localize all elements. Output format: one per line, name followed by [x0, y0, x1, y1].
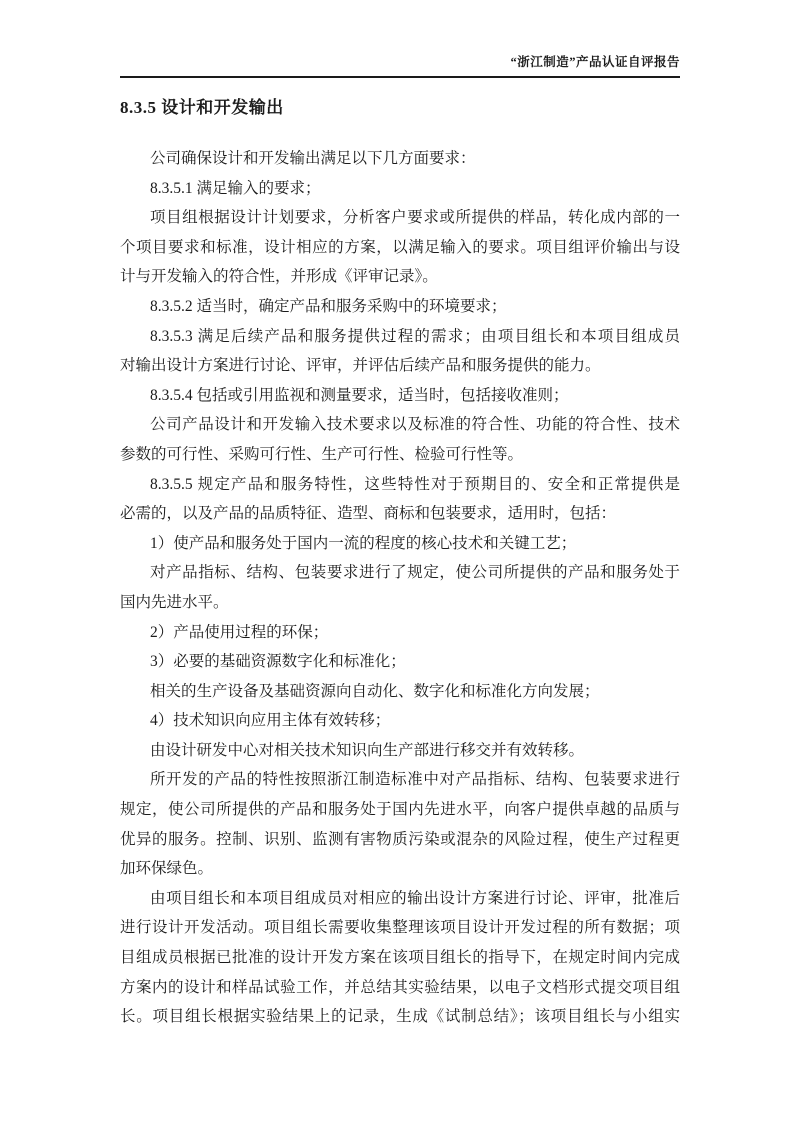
- text-line: 优异的服务。控制、识别、监测有害物质污染或混杂的风险过程，使生产过程更: [120, 825, 680, 855]
- page-header: “浙江制造”产品认证自评报告: [120, 0, 680, 78]
- text-line: 长。项目组长根据实验结果上的记录，生成《试制总结》；该项目组长与小组实: [120, 1002, 680, 1032]
- text-line: 所开发的产品的特性按照浙江制造标准中对产品指标、结构、包装要求进行: [120, 765, 680, 795]
- text-line: 国内先进水平。: [120, 588, 680, 618]
- text-line: 4）技术知识向应用主体有效转移；: [120, 706, 680, 736]
- text-line: 8.3.5.1 满足输入的要求；: [120, 174, 680, 204]
- document-body: 公司确保设计和开发输出满足以下几方面要求：8.3.5.1 满足输入的要求；项目组…: [120, 144, 680, 1032]
- text-line: 加环保绿色。: [120, 854, 680, 884]
- text-line: 方案内的设计和样品试验工作，并总结其实验结果，以电子文档形式提交项目组: [120, 973, 680, 1003]
- header-title: “浙江制造”产品认证自评报告: [510, 52, 680, 76]
- header-rule-divider: [120, 76, 680, 78]
- text-line: 8.3.5.5 规定产品和服务特性，这些特性对于预期目的、安全和正常提供是: [120, 470, 680, 500]
- text-line: 2）产品使用过程的环保；: [120, 618, 680, 648]
- text-line: 公司确保设计和开发输出满足以下几方面要求：: [120, 144, 680, 174]
- text-line: 项目组根据设计计划要求，分析客户要求或所提供的样品，转化成内部的一: [120, 203, 680, 233]
- document-page: “浙江制造”产品认证自评报告 8.3.5 设计和开发输出 公司确保设计和开发输出…: [0, 0, 800, 1131]
- text-line: 8.3.5.3 满足后续产品和服务提供过程的需求；由项目组长和本项目组成员: [120, 322, 680, 352]
- text-line: 参数的可行性、采购可行性、生产可行性、检验可行性等。: [120, 440, 680, 470]
- text-line: 由项目组长和本项目组成员对相应的输出设计方案进行讨论、评审，批准后: [120, 884, 680, 914]
- text-line: 8.3.5.2 适当时，确定产品和服务采购中的环境要求；: [120, 292, 680, 322]
- text-line: 公司产品设计和开发输入技术要求以及标准的符合性、功能的符合性、技术: [120, 410, 680, 440]
- text-line: 目组成员根据已批准的设计开发方案在该项目组长的指导下，在规定时间内完成: [120, 943, 680, 973]
- text-line: 相关的生产设备及基础资源向自动化、数字化和标准化方向发展；: [120, 677, 680, 707]
- text-line: 规定，使公司所提供的产品和服务处于国内先进水平，向客户提供卓越的品质与: [120, 795, 680, 825]
- text-line: 8.3.5.4 包括或引用监视和测量要求，适当时，包括接收准则；: [120, 381, 680, 411]
- text-line: 进行设计开发活动。项目组长需要收集整理该项目设计开发过程的所有数据；项: [120, 913, 680, 943]
- text-line: 1）使产品和服务处于国内一流的程度的核心技术和关键工艺；: [120, 529, 680, 559]
- text-line: 由设计研发中心对相关技术知识向生产部进行移交并有效转移。: [120, 736, 680, 766]
- text-line: 对产品指标、结构、包装要求进行了规定，使公司所提供的产品和服务处于: [120, 558, 680, 588]
- text-line: 对输出设计方案进行讨论、评审，并评估后续产品和服务提供的能力。: [120, 351, 680, 381]
- section-heading: 8.3.5 设计和开发输出: [120, 98, 680, 118]
- text-line: 个项目要求和标准，设计相应的方案，以满足输入的要求。项目组评价输出与设: [120, 233, 680, 263]
- text-line: 必需的，以及产品的品质特征、造型、商标和包装要求，适用时，包括：: [120, 499, 680, 529]
- text-line: 3）必要的基础资源数字化和标准化；: [120, 647, 680, 677]
- text-line: 计与开发输入的符合性，并形成《评审记录》。: [120, 262, 680, 292]
